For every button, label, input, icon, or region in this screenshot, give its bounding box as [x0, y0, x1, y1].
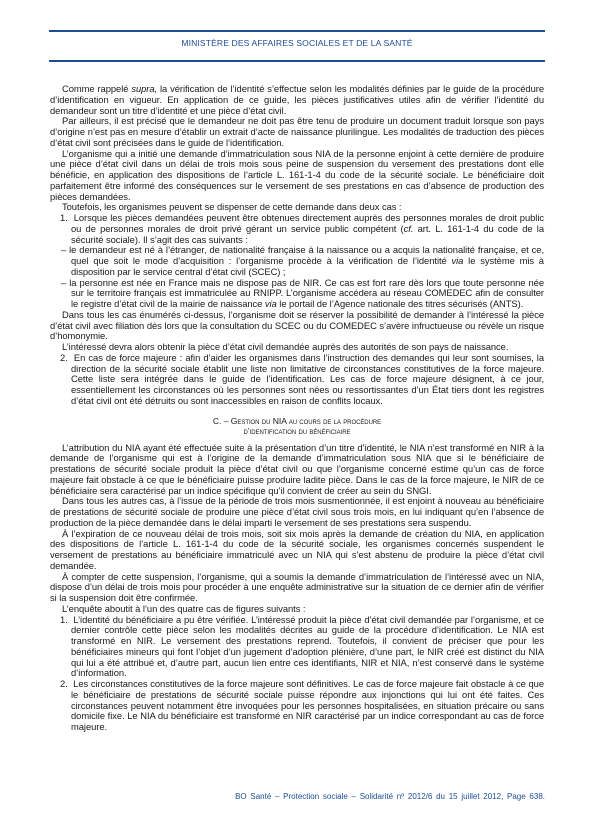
- page-footer: BO Santé – Protection sociale – Solidari…: [235, 792, 545, 801]
- section-heading-c: C. – Gestion du NIA au cours de la procé…: [50, 416, 544, 437]
- document-body: Comme rappelé supra, la vérification de …: [50, 84, 544, 733]
- exemption-subcase-born-abroad: – le demandeur est né à l’étranger, de n…: [50, 245, 544, 277]
- paragraph-filiation: Dans tous les cas énumérés ci-dessus, l’…: [50, 310, 544, 342]
- header-rule-bottom: [49, 60, 545, 62]
- exemption-case-2: 2. En cas de force majeure : afin d’aide…: [50, 353, 544, 407]
- paragraph-suspension: À compter de cette suspension, l’organis…: [50, 572, 544, 604]
- paragraph-other-cases: Dans tous les autres cas, à l’issue de l…: [50, 496, 544, 528]
- header-rule-top: [49, 30, 545, 32]
- exemption-case-1: 1. Lorsque les pièces demandées peuvent …: [50, 213, 544, 245]
- ministry-header-title: MINISTÈRE DES AFFAIRES SOCIALES ET DE LA…: [49, 38, 545, 48]
- paragraph-nia-attribution: L’attribution du NIA ayant été effectuée…: [50, 443, 544, 497]
- paragraph-expiration: À l’expiration de ce nouveau délai de tr…: [50, 529, 544, 572]
- exemption-subcase-born-france: – la personne est née en France mais ne …: [50, 278, 544, 310]
- paragraph-verification: Comme rappelé supra, la vérification de …: [50, 84, 544, 116]
- paragraph-translation: Par ailleurs, il est précisé que le dema…: [50, 116, 544, 148]
- paragraph-nia-request: L’organisme qui a initié une demande d’i…: [50, 149, 544, 203]
- outcome-case-2: 2. Les circonstances constitutives de la…: [50, 679, 544, 733]
- outcome-case-1: 1. L’identité du bénéficiaire a pu être …: [50, 615, 544, 680]
